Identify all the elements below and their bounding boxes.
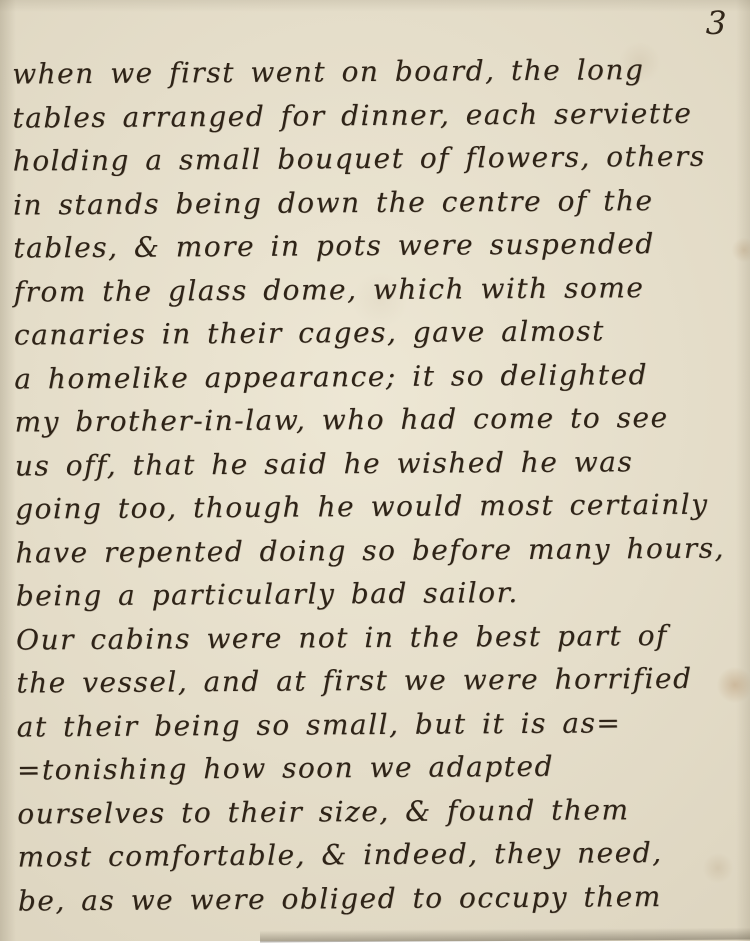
manuscript-line: be, as we were obliged to occupy them [18, 874, 744, 923]
manuscript-line: holding a small bouquet of flowers, othe… [13, 134, 739, 183]
manuscript-line: being a particularly bad sailor. [16, 569, 742, 618]
manuscript-line: going too, though he would most certainl… [15, 482, 741, 531]
manuscript-line: at their being so small, but it is as= [17, 700, 743, 749]
manuscript-line: in stands being down the centre of the [13, 178, 739, 227]
manuscript-line: most comfortable, & indeed, they need, [17, 830, 743, 879]
manuscript-line: canaries in their cages, gave almost [14, 308, 740, 357]
manuscript-line: Our cabins were not in the best part of [16, 613, 742, 662]
page-bottom-edge-shadow [260, 928, 750, 941]
manuscript-line: ourselves to their size, & found them [17, 787, 743, 836]
handwritten-text-block: when we first went on board, the long ta… [12, 47, 744, 922]
manuscript-line: my brother-in-law, who had come to see [14, 395, 740, 444]
manuscript-line: from the glass dome, which with some [13, 265, 739, 314]
manuscript-line: the vessel, and at first we were horrifi… [16, 656, 742, 705]
manuscript-line: a homelike appearance; it so delighted [14, 352, 740, 401]
manuscript-line: tables, & more in pots were suspended [13, 221, 739, 270]
manuscript-line: =tonishing how soon we adapted [17, 743, 743, 792]
manuscript-line: have repented doing so before many hours… [15, 526, 741, 575]
manuscript-line: us off, that he said he wished he was [15, 439, 741, 488]
page-number: 3 [705, 4, 727, 43]
manuscript-page: 3 when we first went on board, the long … [0, 0, 750, 941]
manuscript-line: tables arranged for dinner, each serviet… [12, 91, 738, 140]
manuscript-line: when we first went on board, the long [12, 47, 738, 96]
